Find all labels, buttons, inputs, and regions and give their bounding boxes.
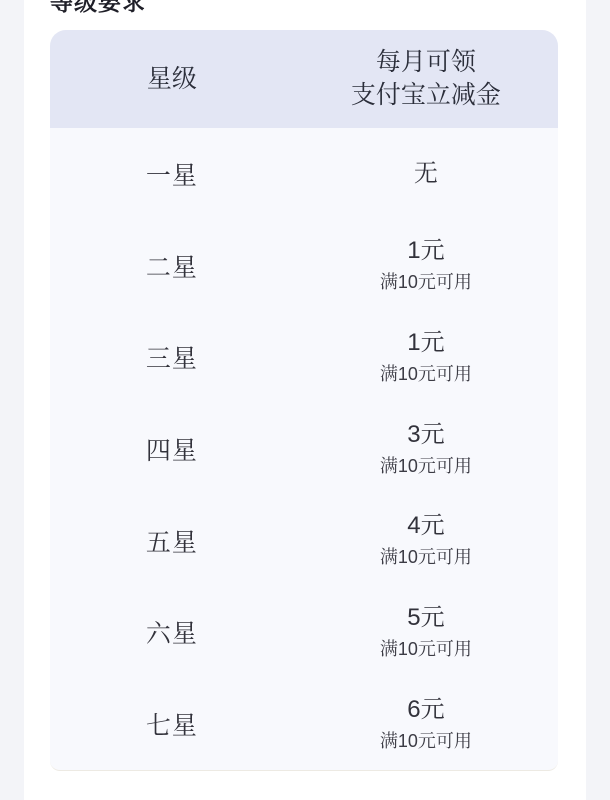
voucher-condition: 满10元可用: [294, 544, 558, 570]
voucher-cell: 1元 满10元可用: [294, 236, 558, 295]
voucher-amount: 1元: [294, 328, 558, 358]
table-row: 三星 1元 满10元可用: [50, 311, 558, 403]
right-gutter: [586, 0, 610, 800]
left-gutter: [0, 0, 24, 800]
voucher-cell: 1元 满10元可用: [294, 328, 558, 387]
column-header-monthly-voucher: 每月可领 支付宝立减金: [294, 46, 558, 112]
voucher-cell: 4元 满10元可用: [294, 511, 558, 570]
voucher-condition: 满10元可用: [294, 269, 558, 295]
table-row: 二星 1元 满10元可用: [50, 220, 558, 312]
voucher-amount: 1元: [294, 236, 558, 266]
voucher-cell: 3元 满10元可用: [294, 420, 558, 479]
table-row: 七星 6元 满10元可用: [50, 678, 558, 770]
table-row: 一星 无: [50, 128, 558, 220]
star-level-cell: 一星: [50, 156, 294, 192]
voucher-amount: 无: [294, 159, 558, 189]
star-level-cell: 三星: [50, 339, 294, 375]
table-row: 五星 4元 满10元可用: [50, 495, 558, 587]
column-header-star-level: 星级: [50, 63, 294, 96]
voucher-condition: 满10元可用: [294, 636, 558, 662]
star-level-cell: 四星: [50, 431, 294, 467]
table-row: 六星 5元 满10元可用: [50, 587, 558, 679]
table-header: 星级 每月可领 支付宝立减金: [50, 30, 558, 128]
level-requirements-table: 星级 每月可领 支付宝立减金 一星 无 二星 1元 满10元可用 三星 1元 满…: [50, 30, 558, 771]
voucher-cell: 无: [294, 159, 558, 189]
column-header-line2: 支付宝立减金: [294, 79, 558, 112]
column-header-line1: 每月可领: [294, 46, 558, 79]
voucher-amount: 6元: [294, 695, 558, 725]
voucher-condition: 满10元可用: [294, 361, 558, 387]
page-title: 等级要求: [50, 0, 146, 14]
table-row: 四星 3元 满10元可用: [50, 403, 558, 495]
star-level-cell: 七星: [50, 706, 294, 742]
table-body: 一星 无 二星 1元 满10元可用 三星 1元 满10元可用 四星 3元: [50, 128, 558, 770]
voucher-condition: 满10元可用: [294, 453, 558, 479]
star-level-cell: 五星: [50, 523, 294, 559]
voucher-condition: 满10元可用: [294, 728, 558, 754]
voucher-amount: 5元: [294, 603, 558, 633]
voucher-amount: 3元: [294, 420, 558, 450]
voucher-amount: 4元: [294, 511, 558, 541]
star-level-cell: 六星: [50, 614, 294, 650]
voucher-cell: 6元 满10元可用: [294, 695, 558, 754]
voucher-cell: 5元 满10元可用: [294, 603, 558, 662]
star-level-cell: 二星: [50, 248, 294, 284]
